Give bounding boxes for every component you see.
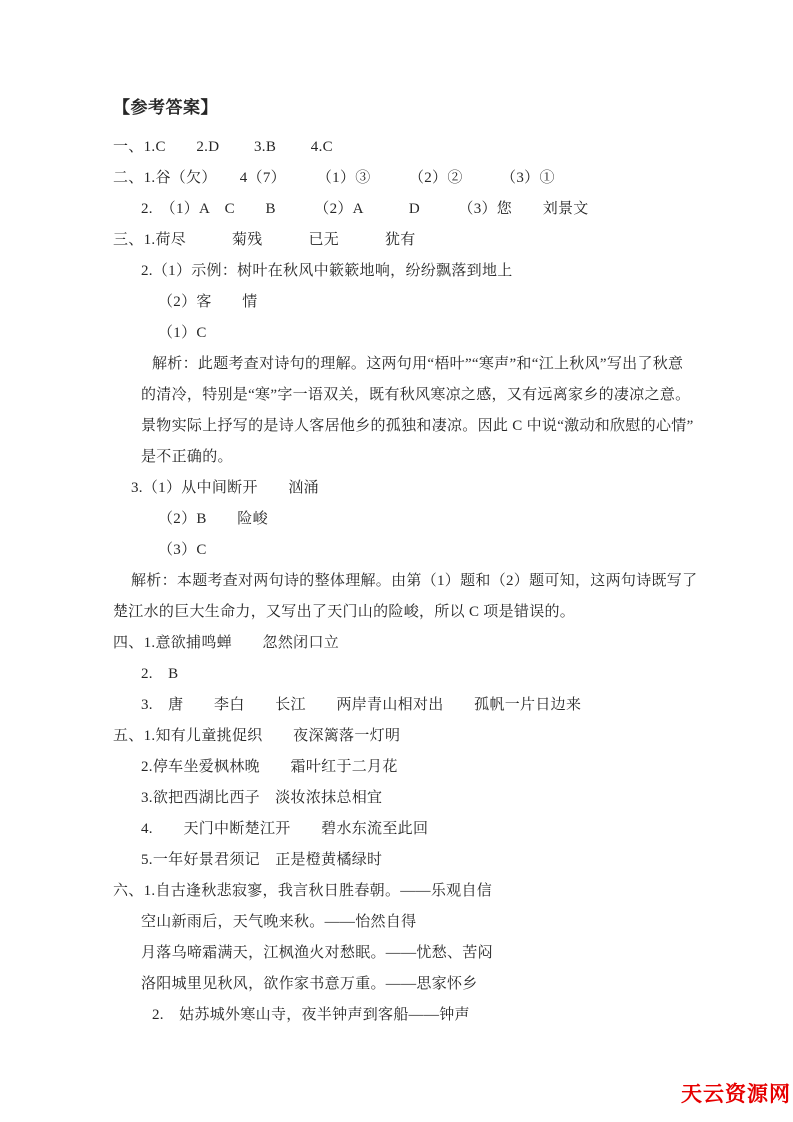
answer-sheet-page: 【参考答案】 一、1.C 2.D 3.B 4.C二、1.谷（欠） 4（7） （1… [0, 0, 793, 1122]
doc-line: 2.（1）示例：树叶在秋风中簌簌地响，纷纷飘落到地上 [141, 256, 733, 287]
doc-line: 一、1.C 2.D 3.B 4.C [113, 132, 733, 163]
doc-line: 六、1.自古逢秋悲寂寥，我言秋日胜春朝。——乐观自信 [113, 876, 733, 907]
doc-line: 3. 唐 李白 长江 两岸青山相对出 孤帆一片日边来 [141, 690, 733, 721]
doc-line: 3.（1）从中间断开 汹涌 [131, 473, 733, 504]
doc-line: 是不正确的。 [141, 442, 733, 473]
doc-line: 2. B [141, 659, 733, 690]
doc-line: 解析：本题考查对两句诗的整体理解。由第（1）题和（2）题可知，这两句诗既写了 [131, 566, 733, 597]
doc-line: （2）客 情 [158, 287, 733, 318]
doc-line: 2. （1）A C B （2）A D （3）您 刘景文 [141, 194, 733, 225]
doc-line: 5.一年好景君须记 正是橙黄橘绿时 [141, 845, 733, 876]
doc-line: 四、1.意欲捕鸣蝉 忽然闭口立 [113, 628, 733, 659]
doc-line: 五、1.知有儿童挑促织 夜深篱落一灯明 [113, 721, 733, 752]
doc-line: （3）C [158, 535, 733, 566]
doc-line: 三、1.荷尽 菊残 已无 犹有 [113, 225, 733, 256]
doc-line: 2. 姑苏城外寒山寺，夜半钟声到客船——钟声 [152, 1000, 733, 1031]
doc-line: 4. 天门中断楚江开 碧水东流至此回 [141, 814, 733, 845]
doc-line: 二、1.谷（欠） 4（7） （1）③ （2）② （3）① [113, 163, 733, 194]
doc-line: 3.欲把西湖比西子 淡妆浓抹总相宜 [141, 783, 733, 814]
doc-line: 2.停车坐爱枫林晚 霜叶红于二月花 [141, 752, 733, 783]
doc-line: 的清冷，特别是“寒”字一语双关，既有秋风寒凉之感，又有远离家乡的凄凉之意。 [141, 380, 733, 411]
doc-line: （1）C [158, 318, 733, 349]
doc-line: 楚江水的巨大生命力，又写出了天门山的险峻，所以 C 项是错误的。 [113, 597, 733, 628]
watermark: 天云资源网 [681, 1078, 791, 1108]
doc-line: 解析：此题考查对诗句的理解。这两句用“梧叶”“寒声”和“江上秋风”写出了秋意 [152, 349, 733, 380]
doc-line: （2）B 险峻 [158, 504, 733, 535]
doc-line: 洛阳城里见秋风，欲作家书意万重。——思家怀乡 [141, 969, 733, 1000]
document-body: 【参考答案】 一、1.C 2.D 3.B 4.C二、1.谷（欠） 4（7） （1… [113, 96, 733, 1031]
doc-line: 空山新雨后，天气晚来秋。——怡然自得 [141, 907, 733, 938]
doc-line: 景物实际上抒写的是诗人客居他乡的孤独和凄凉。因此 C 中说“激动和欣慰的心情” [141, 411, 733, 442]
answer-lines: 一、1.C 2.D 3.B 4.C二、1.谷（欠） 4（7） （1）③ （2）②… [113, 132, 733, 1031]
doc-line: 月落乌啼霜满天，江枫渔火对愁眠。——忧愁、苦闷 [141, 938, 733, 969]
page-title: 【参考答案】 [113, 96, 733, 120]
